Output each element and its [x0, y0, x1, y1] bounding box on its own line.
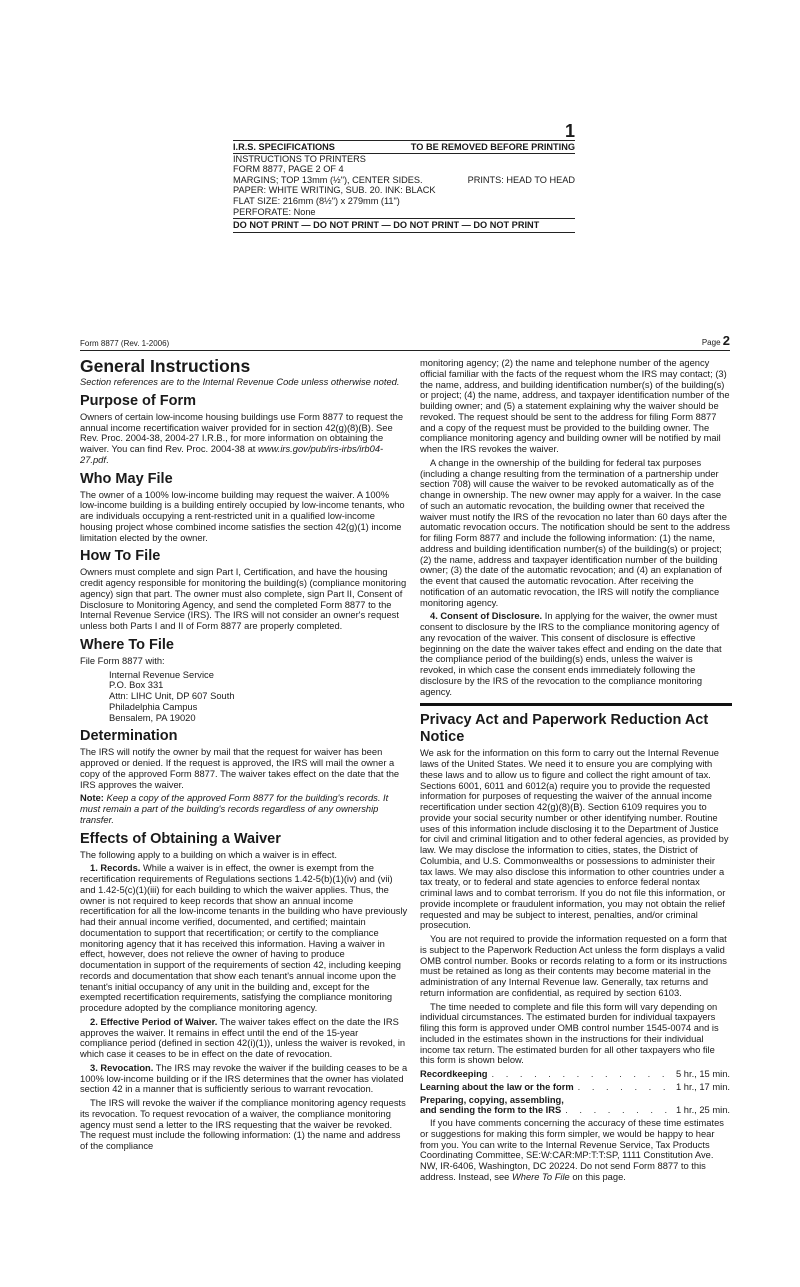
page-indicator: Page 2: [702, 333, 730, 348]
page-title: General Instructions: [80, 356, 408, 376]
who-may-file-text: The owner of a 100% low-income building …: [80, 490, 408, 544]
heading-how-to-file: How To File: [80, 548, 408, 565]
spec-flat-size: FLAT SIZE: 216mm (8½") x 279mm (11"): [233, 196, 575, 207]
spec-margins: MARGINS; TOP 13mm (½"), CENTER SIDES.: [233, 175, 423, 186]
right-column: monitoring agency; (2) the name and tele…: [420, 358, 730, 1186]
form-id: Form 8877 (Rev. 1-2006): [80, 339, 169, 348]
burden-row-recordkeeping: Recordkeeping . . . . . . . . . . . . . …: [420, 1069, 730, 1080]
purpose-text: Owners of certain low-income housing bui…: [80, 412, 408, 466]
ownership-change-text: A change in the ownership of the buildin…: [420, 458, 730, 609]
privacy-paragraph-2: You are not required to provide the info…: [420, 934, 730, 999]
privacy-paragraph-4: If you have comments concerning the accu…: [420, 1118, 730, 1183]
determination-text: The IRS will notify the owner by mail th…: [80, 747, 408, 790]
how-to-file-text: Owners must complete and sign Part I, Ce…: [80, 567, 408, 632]
privacy-paragraph-1: We ask for the information on this form …: [420, 748, 730, 931]
left-column: General Instructions Section references …: [80, 356, 408, 1155]
burden-row-learning: Learning about the law or the form . . .…: [420, 1082, 730, 1093]
section-divider: [420, 703, 732, 706]
effect-item-effective-period: 2. Effective Period of Waiver. The waive…: [80, 1017, 408, 1060]
heading-effects: Effects of Obtaining a Waiver: [80, 831, 408, 848]
page-header: Form 8877 (Rev. 1-2006) Page 2: [80, 333, 730, 351]
spec-paper: PAPER: WHITE WRITING, SUB. 20. INK: BLAC…: [233, 185, 575, 196]
where-to-file-intro: File Form 8877 with:: [80, 656, 408, 667]
spec-header: I.R.S. SPECIFICATIONS TO BE REMOVED BEFO…: [233, 141, 575, 153]
heading-purpose: Purpose of Form: [80, 393, 408, 410]
heading-where-to-file: Where To File: [80, 637, 408, 654]
printer-specifications: 1 I.R.S. SPECIFICATIONS TO BE REMOVED BE…: [233, 122, 575, 233]
effect-item-revocation: 3. Revocation. The IRS may revoke the wa…: [80, 1063, 408, 1095]
spec-line: INSTRUCTIONS TO PRINTERS: [233, 154, 575, 165]
address-line: P.O. Box 331: [109, 680, 408, 691]
section-references-note: Section references are to the Internal R…: [80, 377, 408, 388]
spec-line: FORM 8877, PAGE 2 OF 4: [233, 164, 575, 175]
effect-item-records: 1. Records. While a waiver is in effect,…: [80, 863, 408, 1014]
heading-privacy-act: Privacy Act and Paperwork Reduction Act …: [420, 712, 730, 746]
burden-row-preparing-line1: Preparing, copying, assembling,: [420, 1095, 730, 1106]
revocation-request-continued: monitoring agency; (2) the name and tele…: [420, 358, 730, 455]
page-number: 2: [723, 333, 730, 348]
mailing-address: Internal Revenue Service P.O. Box 331 At…: [80, 670, 408, 724]
do-not-print-banner: DO NOT PRINT — DO NOT PRINT — DO NOT PRI…: [233, 218, 575, 233]
burden-row-preparing: and sending the form to the IRS . . . . …: [420, 1105, 730, 1116]
spec-page-number: 1: [233, 122, 575, 140]
where-to-file-reference[interactable]: Where To File: [512, 1172, 570, 1182]
address-line: Internal Revenue Service: [109, 670, 408, 681]
spec-prints: PRINTS: HEAD TO HEAD: [468, 175, 575, 186]
heading-who-may-file: Who May File: [80, 471, 408, 488]
address-line: Attn: LIHC Unit, DP 607 South: [109, 691, 408, 702]
consent-of-disclosure: 4. Consent of Disclosure. In applying fo…: [420, 611, 730, 697]
determination-note: Note: Keep a copy of the approved Form 8…: [80, 793, 408, 825]
revocation-request-text: The IRS will revoke the waiver if the co…: [80, 1098, 408, 1152]
spec-title: I.R.S. SPECIFICATIONS: [233, 142, 335, 153]
address-line: Bensalem, PA 19020: [109, 713, 408, 724]
spec-perforate: PERFORATE: None: [233, 207, 575, 218]
privacy-paragraph-3: The time needed to complete and file thi…: [420, 1002, 730, 1067]
effects-intro: The following apply to a building on whi…: [80, 850, 408, 861]
spec-removal-note: TO BE REMOVED BEFORE PRINTING: [411, 142, 575, 153]
address-line: Philadelphia Campus: [109, 702, 408, 713]
heading-determination: Determination: [80, 728, 408, 745]
